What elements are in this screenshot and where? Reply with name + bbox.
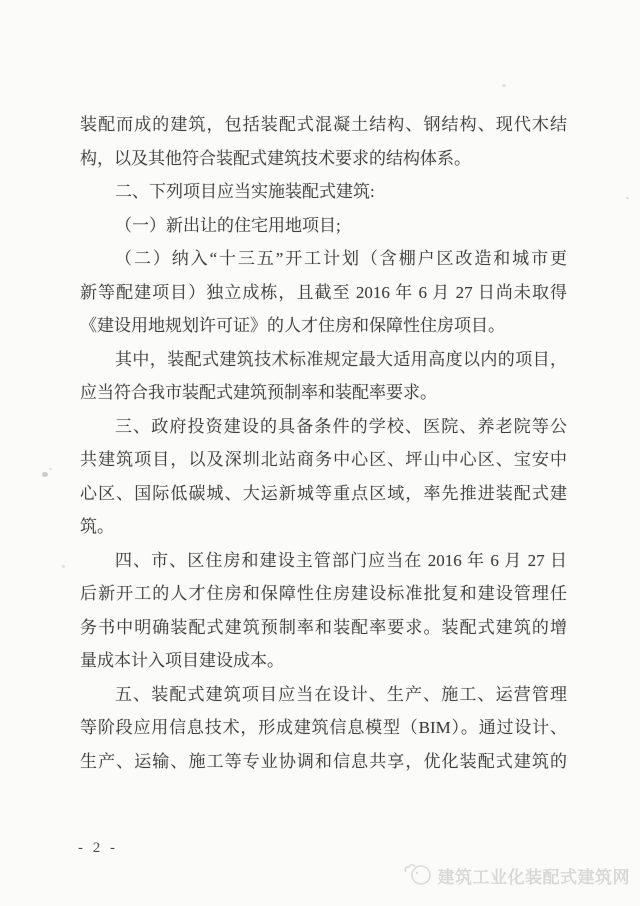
- text-line: 装配而成的建筑，包括装配式混凝土结构、钢结构、现代木结: [80, 108, 567, 142]
- text-line: 共建筑项目，以及深圳北站商务中心区、坪山中心区、宝安中: [80, 443, 567, 477]
- page-number: - 2 -: [78, 840, 118, 857]
- text-line: 生产、运输、施工等专业协调和信息共享，优化装配式建筑的: [80, 745, 567, 779]
- site-watermark: 建筑工业化装配式建筑网: [403, 862, 631, 888]
- text-line: 量成本计入项目建设成本。: [80, 644, 567, 678]
- text-line: 务书中明确装配式建筑预制率和装配率要求。装配式建筑的增: [80, 611, 567, 645]
- paragraph: 其中，装配式建筑技术标准规定最大适用高度以内的项目，应当符合我市装配式建筑预制率…: [80, 343, 567, 410]
- scan-speckle: [42, 472, 48, 477]
- text-line: 心区、国际低碳城、大运新城等重点区域，率先推进装配式建: [80, 477, 567, 511]
- text-line: 新等配建项目）独立成栋，且截至 2016 年 6 月 27 日尚未取得: [80, 276, 567, 310]
- paragraph: （二）纳入“十三五”开工计划（含棚户区改造和城市更新等配建项目）独立成栋，且截至…: [80, 242, 567, 343]
- text-line: （二）纳入“十三五”开工计划（含棚户区改造和城市更: [80, 242, 567, 276]
- text-line: 后新开工的人才住房和保障性住房建设标准批复和建设管理任: [80, 577, 567, 611]
- text-line: 等阶段应用信息技术，形成建筑信息模型（BIM）。通过设计、: [80, 711, 567, 745]
- paragraph: 装配而成的建筑，包括装配式混凝土结构、钢结构、现代木结构，以及其他符合装配式建筑…: [80, 108, 567, 175]
- text-line: 筑。: [80, 510, 567, 544]
- text-line: 《建设用地规划许可证》的人才住房和保障性住房项目。: [80, 309, 567, 343]
- scan-speckle: [49, 468, 52, 470]
- text-line: 四、市、区住房和建设主管部门应当在 2016 年 6 月 27 日: [80, 544, 567, 578]
- scan-speckle: [502, 84, 506, 87]
- document-body: 装配而成的建筑，包括装配式混凝土结构、钢结构、现代木结构，以及其他符合装配式建筑…: [80, 108, 567, 778]
- paragraph: 三、政府投资建设的具备条件的学校、医院、养老院等公共建筑项目，以及深圳北站商务中…: [80, 410, 567, 544]
- paragraph: （一）新出让的住宅用地项目;: [80, 209, 567, 243]
- paragraph: 二、下列项目应当实施装配式建筑:: [80, 175, 567, 209]
- scan-speckle: [626, 197, 629, 199]
- bird-logo-icon: [403, 862, 433, 888]
- text-line: 应当符合我市装配式建筑预制率和装配率要求。: [80, 376, 567, 410]
- watermark-label: 建筑工业化装配式建筑网: [438, 863, 631, 888]
- paragraph: 四、市、区住房和建设主管部门应当在 2016 年 6 月 27 日后新开工的人才…: [80, 544, 567, 678]
- scanned-document-page: 装配而成的建筑，包括装配式混凝土结构、钢结构、现代木结构，以及其他符合装配式建筑…: [0, 0, 640, 906]
- scan-speckle: [62, 565, 65, 568]
- text-line: 二、下列项目应当实施装配式建筑:: [80, 175, 567, 209]
- paragraph: 五、装配式建筑项目应当在设计、生产、施工、运营管理等阶段应用信息技术，形成建筑信…: [80, 678, 567, 779]
- text-line: 构，以及其他符合装配式建筑技术要求的结构体系。: [80, 142, 567, 176]
- text-line: 三、政府投资建设的具备条件的学校、医院、养老院等公: [80, 410, 567, 444]
- text-line: 五、装配式建筑项目应当在设计、生产、施工、运营管理: [80, 678, 567, 712]
- text-line: 其中，装配式建筑技术标准规定最大适用高度以内的项目，: [80, 343, 567, 377]
- text-line: （一）新出让的住宅用地项目;: [80, 209, 567, 243]
